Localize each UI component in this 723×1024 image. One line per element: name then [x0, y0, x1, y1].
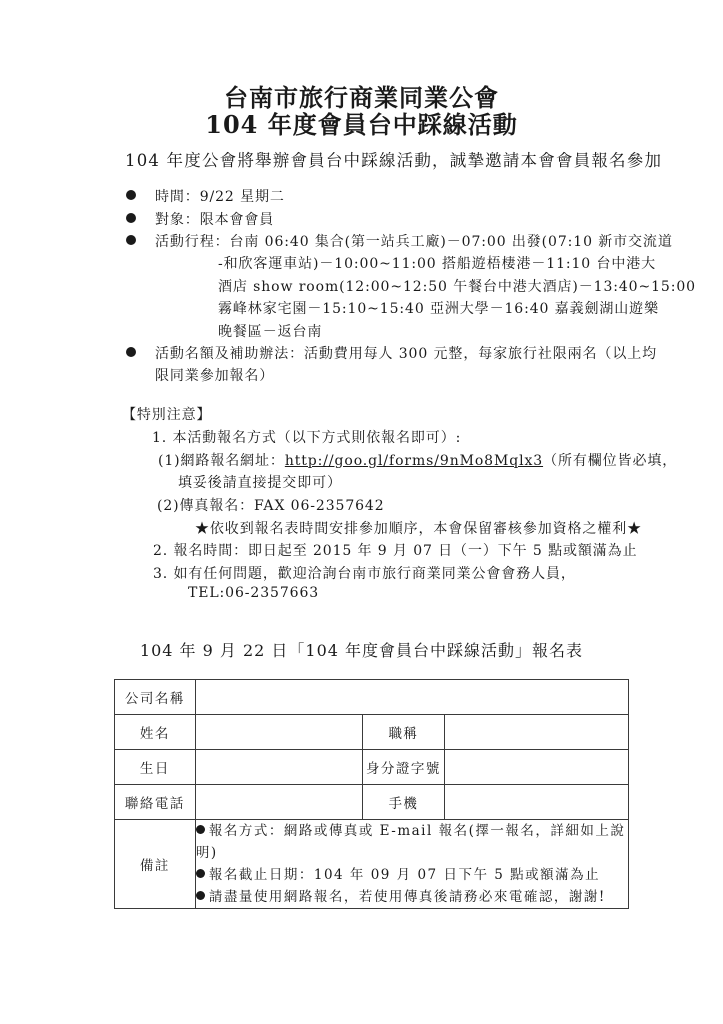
notice-item-1: 1. 本活動報名方式（以下方式則依報名即可）: — [152, 427, 461, 447]
mobile-field[interactable] — [445, 785, 629, 820]
remark-item: 報名方式：網路或傳真或 E-mail 報名(擇一報名，詳細如上說明) — [196, 820, 628, 864]
itinerary-line: 活動行程：台南 06:40 集合(第一站兵工廠)－07:00 出發(07:10 … — [155, 231, 673, 251]
bullet-icon — [126, 235, 136, 245]
bullet-icon — [196, 825, 205, 834]
registration-form: 公司名稱 姓名 職稱 生日 身分證字號 聯絡電話 手機 備註 報名方式：網路或傳… — [114, 679, 629, 909]
label-id-number: 身分證字號 — [362, 750, 445, 785]
id-number-field[interactable] — [445, 750, 629, 785]
detail-time: 時間：9/22 星期二 — [155, 186, 285, 206]
notice-heading: 【特別注意】 — [122, 404, 211, 424]
itinerary-line: 晚餐區－返台南 — [218, 321, 322, 341]
star-note: ★依收到報名表時間安排參加順序，本會保留審核參加資格之權利★ — [195, 518, 642, 538]
remarks-cell: 報名方式：網路或傳真或 E-mail 報名(擇一報名，詳細如上說明) 報名截止日… — [195, 820, 628, 909]
bullet-icon — [126, 190, 136, 200]
job-title-field[interactable] — [445, 715, 629, 750]
notice-fax: (2)傳真報名：FAX 06-2357642 — [157, 495, 385, 515]
company-field[interactable] — [195, 680, 628, 715]
name-field[interactable] — [195, 715, 362, 750]
bullet-icon — [196, 891, 205, 900]
online-continuation: 填妥後請直接提交即可） — [178, 472, 342, 492]
bullet-icon — [126, 347, 136, 357]
label-remarks: 備註 — [115, 820, 196, 909]
quota-line: 限同業參加報名） — [155, 365, 274, 385]
label-company: 公司名稱 — [115, 680, 196, 715]
quota-line: 活動名額及補助辦法：活動費用每人 300 元整，每家旅行社限兩名（以上均 — [155, 343, 657, 363]
label-name: 姓名 — [115, 715, 196, 750]
remark-item: 請盡量使用網路報名，若使用傳真後請務必來電確認，謝謝! — [196, 886, 628, 908]
online-prefix: (1)網路報名網址： — [158, 453, 285, 469]
label-phone: 聯絡電話 — [115, 785, 196, 820]
notice-tel: TEL:06-2357663 — [188, 585, 319, 601]
label-job-title: 職稱 — [362, 715, 445, 750]
intro-text: 104 年度公會將舉辦會員台中踩線活動，誠摯邀請本會會員報名參加 — [125, 147, 662, 171]
itinerary-line: 霧峰林家宅園－15:10~15:40 亞洲大學－16:40 嘉義劍湖山遊樂 — [218, 298, 659, 318]
bullet-icon — [126, 213, 136, 223]
notice-item-3: 3. 如有任何問題，歡迎洽詢台南市旅行商業同業公會會務人員， — [153, 563, 576, 583]
registration-url-link[interactable]: http://goo.gl/forms/9nMo8Mqlx3 — [285, 453, 543, 469]
itinerary-line: 酒店 show room(12:00~12:50 午餐台中港大酒店)－13:40… — [218, 276, 696, 296]
form-title: 104 年 9 月 22 日「104 年度會員台中踩線活動」報名表 — [0, 638, 723, 661]
detail-target: 對象：限本會會員 — [155, 209, 274, 229]
label-birthday: 生日 — [115, 750, 196, 785]
label-mobile: 手機 — [362, 785, 445, 820]
notice-online-registration: (1)網路報名網址：http://goo.gl/forms/9nMo8Mqlx3… — [158, 450, 677, 470]
event-title: 104 年度會員台中踩線活動 — [0, 105, 723, 140]
remark-item: 報名截止日期：104 年 09 月 07 日下午 5 點或額滿為止 — [196, 864, 628, 886]
bullet-icon — [196, 869, 205, 878]
online-suffix: （所有欄位皆必填， — [543, 453, 677, 469]
birthday-field[interactable] — [195, 750, 362, 785]
itinerary-line: -和欣客運車站)－10:00~11:00 搭船遊梧棲港－11:10 台中港大 — [218, 253, 656, 273]
phone-field[interactable] — [195, 785, 362, 820]
notice-item-2: 2. 報名時間：即日起至 2015 年 9 月 07 日（一）下午 5 點或額滿… — [153, 540, 637, 560]
